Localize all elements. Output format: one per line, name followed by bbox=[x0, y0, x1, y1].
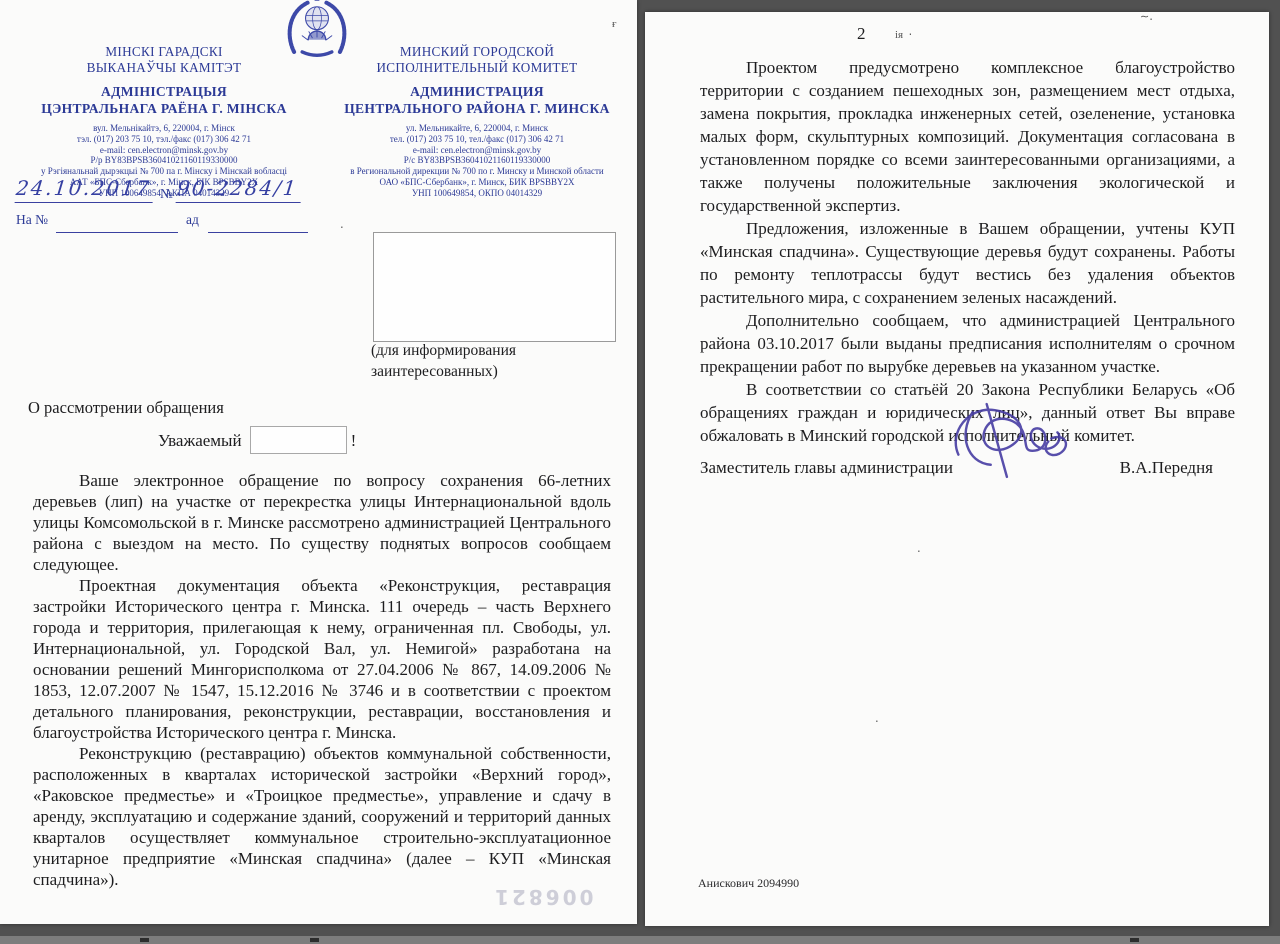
address-line: УНП 100649854, ОКПО 04014329 bbox=[350, 188, 603, 199]
addressee-note-line: (для информирования bbox=[371, 340, 621, 361]
scan-artifact: ․ bbox=[875, 712, 879, 725]
letter-page-1: МІНСКІ ГАРАДСКІ ВЫКАНАЎЧЫ КАМІТЭТ АДМІНІ… bbox=[0, 0, 637, 924]
salutation-prefix: Уважаемый bbox=[158, 431, 242, 450]
address-line: тел. (017) 203 75 10, тел./факс (017) 30… bbox=[350, 134, 603, 145]
body-paragraph: Предложения, изложенные в Вашем обращени… bbox=[700, 217, 1235, 309]
address-block: ул. Мельникайте, 6, 220004, г. Минск тел… bbox=[350, 123, 603, 199]
org-name-line: МИНСКИЙ ГОРОДСКОЙ bbox=[400, 44, 554, 60]
letter-body: Ваше электронное обращение по вопросу со… bbox=[33, 470, 611, 890]
scan-artifact: ․ bbox=[917, 542, 921, 555]
scan-artifact: ғ bbox=[612, 18, 617, 30]
scanner-mark bbox=[140, 938, 149, 942]
inverted-stamp-number: 006821 bbox=[492, 885, 594, 909]
handwritten-date: 24.10.2017 bbox=[15, 176, 156, 203]
body-paragraph: Дополнительно сообщаем, что администраци… bbox=[700, 309, 1235, 378]
body-paragraph: Проектом предусмотрено комплексное благо… bbox=[700, 56, 1235, 217]
reference-ad-label: ад bbox=[186, 212, 199, 228]
executor-footer: Анискович 2094990 bbox=[698, 876, 799, 891]
org-name-line: МІНСКІ ГАРАДСКІ bbox=[105, 44, 222, 60]
dept-name-line: ЦЕНТРАЛЬНОГО РАЙОНА Г. МИНСКА bbox=[344, 100, 610, 117]
reference-number-blank bbox=[56, 214, 178, 233]
reference-na-label: На № bbox=[16, 212, 48, 228]
dept-name-line: АДМИНИСТРАЦИЯ bbox=[410, 83, 544, 100]
page-number: 2 bbox=[857, 24, 866, 44]
scanner-bed-strip bbox=[0, 936, 1280, 944]
scanner-mark bbox=[310, 938, 319, 942]
salutation-line: Уважаемый! bbox=[158, 426, 356, 454]
salutation-redaction-box bbox=[250, 426, 347, 454]
address-line: Р/с BY83BPSB36041021160119330000 bbox=[350, 155, 603, 166]
scan-artifact: ія ⋅ bbox=[895, 28, 912, 41]
scan-artifact: ∼․ bbox=[1140, 12, 1153, 23]
addressee-redaction-box bbox=[373, 232, 616, 342]
address-line: тэл. (017) 203 75 10, тэл./факс (017) 30… bbox=[41, 134, 287, 145]
subject-line: О рассмотрении обращения bbox=[28, 398, 224, 418]
addressee-note: (для информирования заинтересованных) bbox=[371, 340, 621, 382]
letter-page-2: 2 Проектом предусмотрено комплексное бла… bbox=[645, 12, 1269, 926]
dept-name-line: АДМІНІСТРАЦЫЯ bbox=[101, 83, 227, 100]
salutation-punct: ! bbox=[351, 431, 357, 450]
scan-artifact: ․ bbox=[340, 218, 344, 231]
address-line: в Региональной дирекции № 700 по г. Минс… bbox=[350, 166, 603, 177]
address-line: e-mail: cen.electron@minsk.gov.by bbox=[350, 145, 603, 156]
org-name-line: ВЫКАНАЎЧЫ КАМІТЭТ bbox=[87, 60, 242, 76]
addressee-note-line: заинтересованных) bbox=[371, 361, 621, 382]
signature-block: Заместитель главы администрации В.А.Пере… bbox=[700, 458, 1235, 478]
handwritten-outgoing-number: 90-2284/1 bbox=[176, 176, 304, 203]
letterhead-russian: МИНСКИЙ ГОРОДСКОЙ ИСПОЛНИТЕЛЬНЫЙ КОМИТЕТ… bbox=[326, 44, 628, 199]
body-paragraph: Проектная документация объекта «Реконстр… bbox=[33, 575, 611, 743]
dept-name-line: ЦЭНТРАЛЬНАГА РАЁНА Г. МІНСКА bbox=[41, 100, 286, 117]
address-line: вул. Мельнікайтэ, 6, 220004, г. Мінск bbox=[41, 123, 287, 134]
body-paragraph: Ваше электронное обращение по вопросу со… bbox=[33, 470, 611, 575]
address-line: ул. Мельникайте, 6, 220004, г. Минск bbox=[350, 123, 603, 134]
reference-date-blank bbox=[208, 214, 308, 233]
address-line: Р/р BY83BPSB36041021160119330000 bbox=[41, 155, 287, 166]
scanner-mark bbox=[1130, 938, 1139, 942]
org-name-line: ИСПОЛНИТЕЛЬНЫЙ КОМИТЕТ bbox=[376, 60, 577, 76]
scanned-letter-viewer: { "colors": { "letterhead_blue": "#2c3a9… bbox=[0, 0, 1280, 944]
body-paragraph: Реконструкцию (реставрацию) объектов ком… bbox=[33, 743, 611, 890]
address-line: ОАО «БПС-Сбербанк», г. Минск, БИК BPSBBY… bbox=[350, 177, 603, 188]
letter-body-continued: Проектом предусмотрено комплексное благо… bbox=[700, 56, 1235, 447]
signer-title: Заместитель главы администрации bbox=[700, 458, 953, 478]
address-line: e-mail: cen.electron@minsk.gov.by bbox=[41, 145, 287, 156]
signer-name: В.А.Передня bbox=[1120, 458, 1235, 478]
number-sign-label: № bbox=[160, 186, 173, 202]
